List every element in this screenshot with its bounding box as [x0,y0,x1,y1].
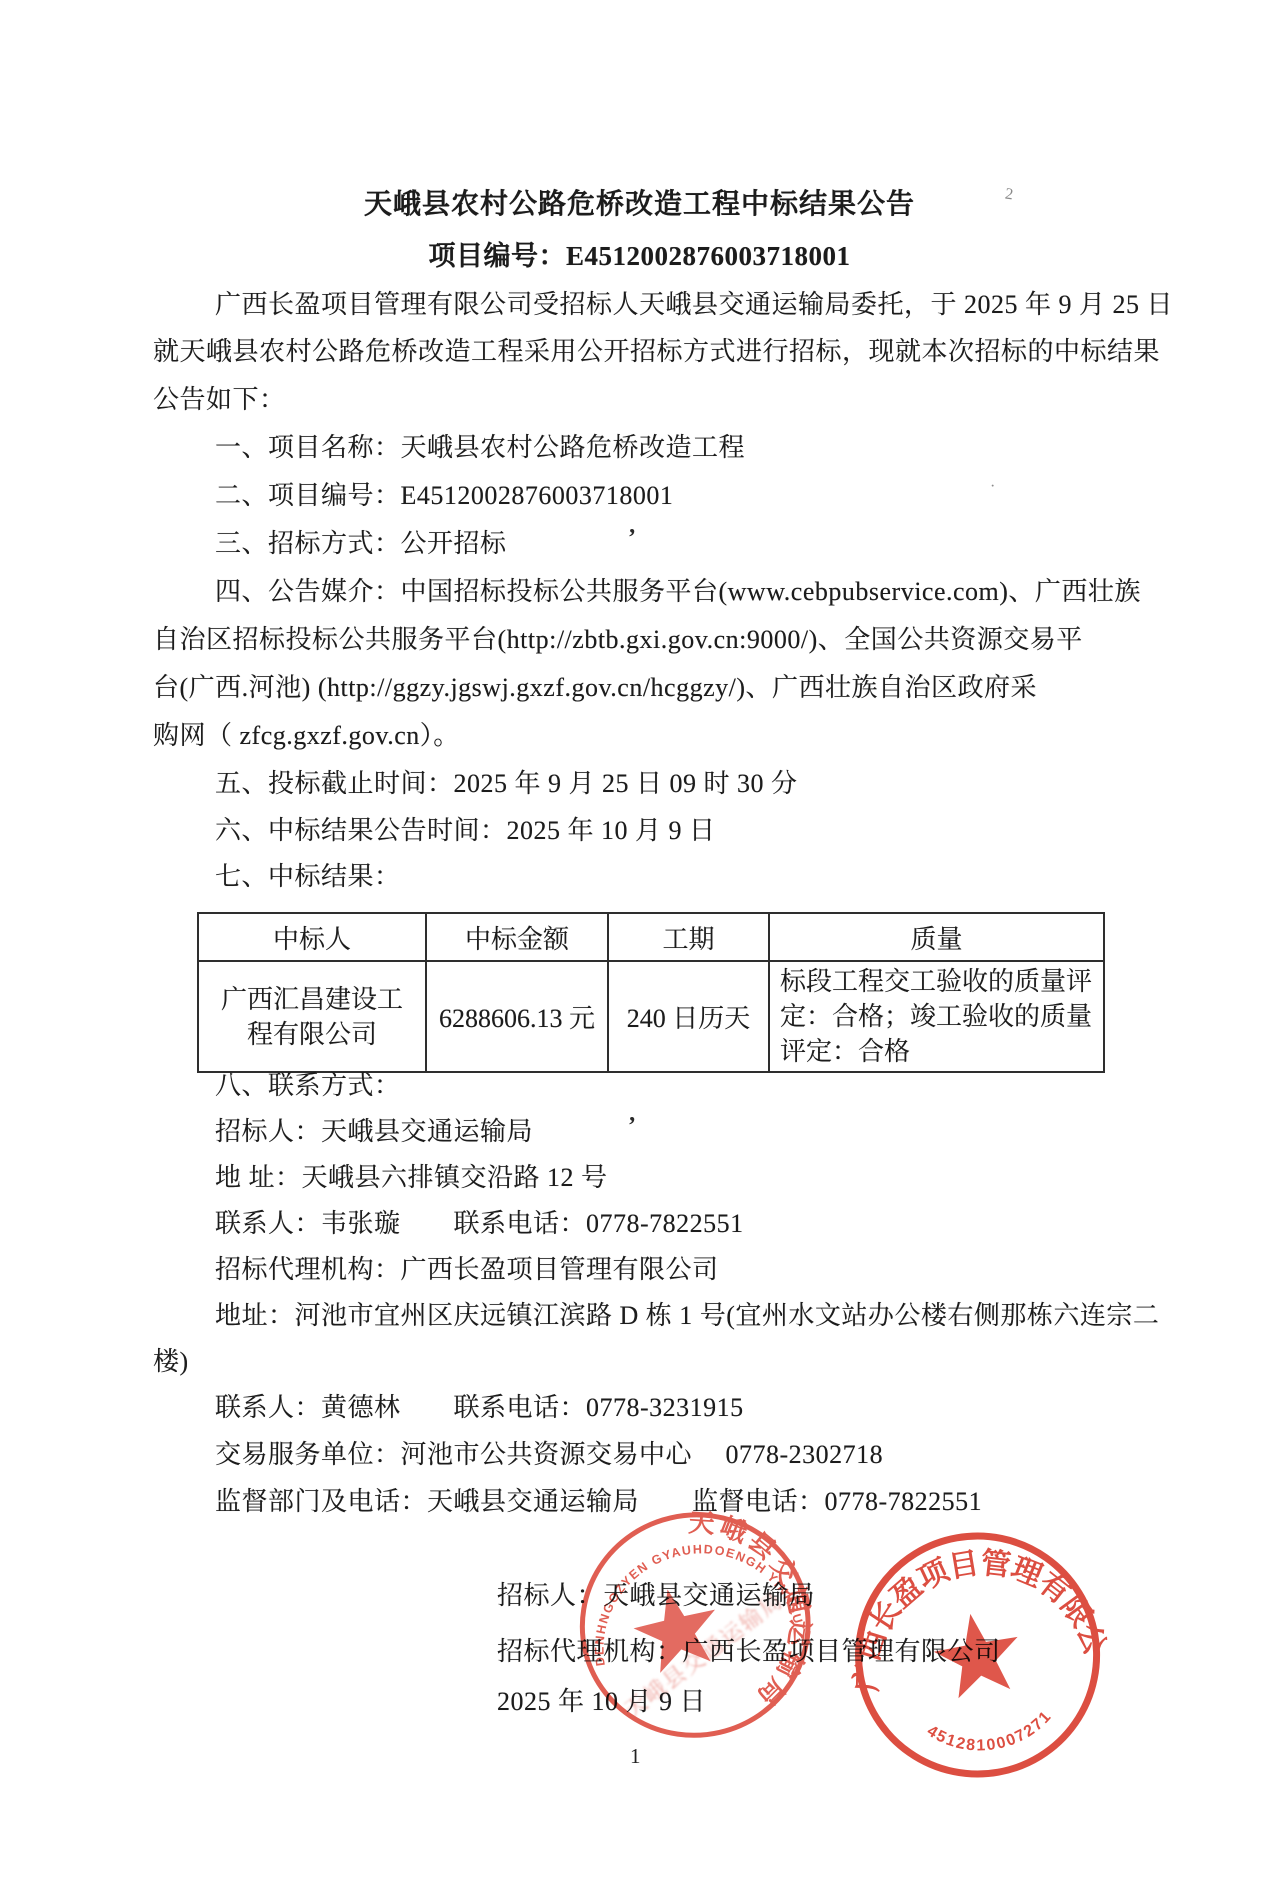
table-header-amount: 中标金额 [426,913,608,961]
transport-bureau-stamp-graphic: DENHNGOZYEN GYAUHDOENGH YINHSUZ GIZ 天峨县交… [551,1482,841,1770]
contact-tenderer-person-phone: 联系人：韦张璇 联系电话：0778-7822551 [215,1209,744,1239]
item-project-number: 二、项目编号：E4512002876003718001 [215,481,673,511]
cell-amount: 6288606.13 元 [426,961,608,1072]
table-row: 广西汇昌建设工程有限公司 6288606.13 元 240 日历天 标段工程交工… [198,961,1104,1072]
table-header-duration: 工期 [608,913,769,961]
star-icon [928,1606,1026,1701]
item-contact-info: 八、联系方式： [215,1071,401,1101]
contact-agency-person-phone: 联系人：黄德林 联系电话：0778-3231915 [215,1393,744,1423]
item-announcement-media-cont: 购网（ zfcg.gxzf.gov.cn）。 [153,721,460,751]
cell-duration: 240 日历天 [608,961,769,1072]
project-number-heading: 项目编号：E4512002876003718001 [0,241,1279,271]
intro-line: 就天峨县农村公路危桥改造工程采用公开招标方式进行招标，现就本次招标的中标结果 [153,337,1160,367]
cell-quality: 标段工程交工验收的质量评定：合格；竣工验收的质量评定：合格 [769,961,1104,1072]
item-announcement-media-cont: 自治区招标投标公共服务平台(http://zbtb.gxi.gov.cn:900… [153,625,1083,655]
agency-stamp: 广西长盈项目管理有限公司 4512810007271 [830,1508,1125,1807]
item-bid-result: 七、中标结果： [215,862,401,892]
intro-line: 广西长盈项目管理有限公司受招标人天峨县交通运输局委托，于 2025 年 9 月 … [215,290,1173,320]
item-announcement-media-cont: 台(广西.河池) (http://ggzy.jgswj.gxzf.gov.cn/… [153,673,1037,703]
item-announcement-media: 四、公告媒介：中国招标投标公共服务平台(www.cebpubservice.co… [215,577,1141,607]
contact-agency: 招标代理机构：广西长盈项目管理有限公司 [215,1255,719,1285]
contact-tenderer: 招标人：天峨县交通运输局 [215,1117,533,1147]
table-header-quality: 质量 [769,913,1104,961]
contact-trade-service: 交易服务单位：河池市公共资源交易中心 0778-2302718 [215,1440,883,1470]
transport-bureau-stamp: DENHNGOZYEN GYAUHDOENGH YINHSUZ GIZ 天峨县交… [551,1482,842,1775]
item-bid-deadline: 五、投标截止时间：2025 年 9 月 25 日 09 时 30 分 [215,769,798,799]
scanned-bid-result-announcement: 天峨县农村公路危桥改造工程中标结果公告 项目编号：E45120028760037… [0,0,1279,1881]
item-result-announce-time: 六、中标结果公告时间：2025 年 10 月 9 日 [215,816,716,846]
contact-agency-address-cont: 楼) [153,1347,189,1377]
contact-supervision: 监督部门及电话：天峨县交通运输局 监督电话：0778-7822551 [215,1487,982,1517]
pencil-mark: · [990,478,995,496]
item-tender-method: 三、招标方式：公开招标 [215,529,507,559]
intro-line: 公告如下： [153,385,286,415]
contact-agency-address: 地址：河池市宜州区庆远镇江滨路 D 栋 1 号(宜州水文站办公楼右侧那栋六连宗二 [215,1301,1159,1331]
cell-winner: 广西汇昌建设工程有限公司 [198,961,426,1072]
item-project-name: 一、项目名称：天峨县农村公路危桥改造工程 [215,433,745,463]
stray-tick-mark: ’ [628,525,636,552]
table-header-winner: 中标人 [198,913,426,961]
stray-tick-mark: ’ [628,1113,636,1140]
agency-stamp-graphic: 广西长盈项目管理有限公司 4512810007271 [830,1508,1124,1802]
table-header-row: 中标人 中标金额 工期 质量 [198,913,1104,961]
page-title: 天峨县农村公路危桥改造工程中标结果公告 [0,190,1279,220]
contact-tenderer-address: 地 址：天峨县六排镇交沿路 12 号 [215,1163,608,1193]
bid-result-table: 中标人 中标金额 工期 质量 广西汇昌建设工程有限公司 6288606.13 元… [197,912,1105,1073]
